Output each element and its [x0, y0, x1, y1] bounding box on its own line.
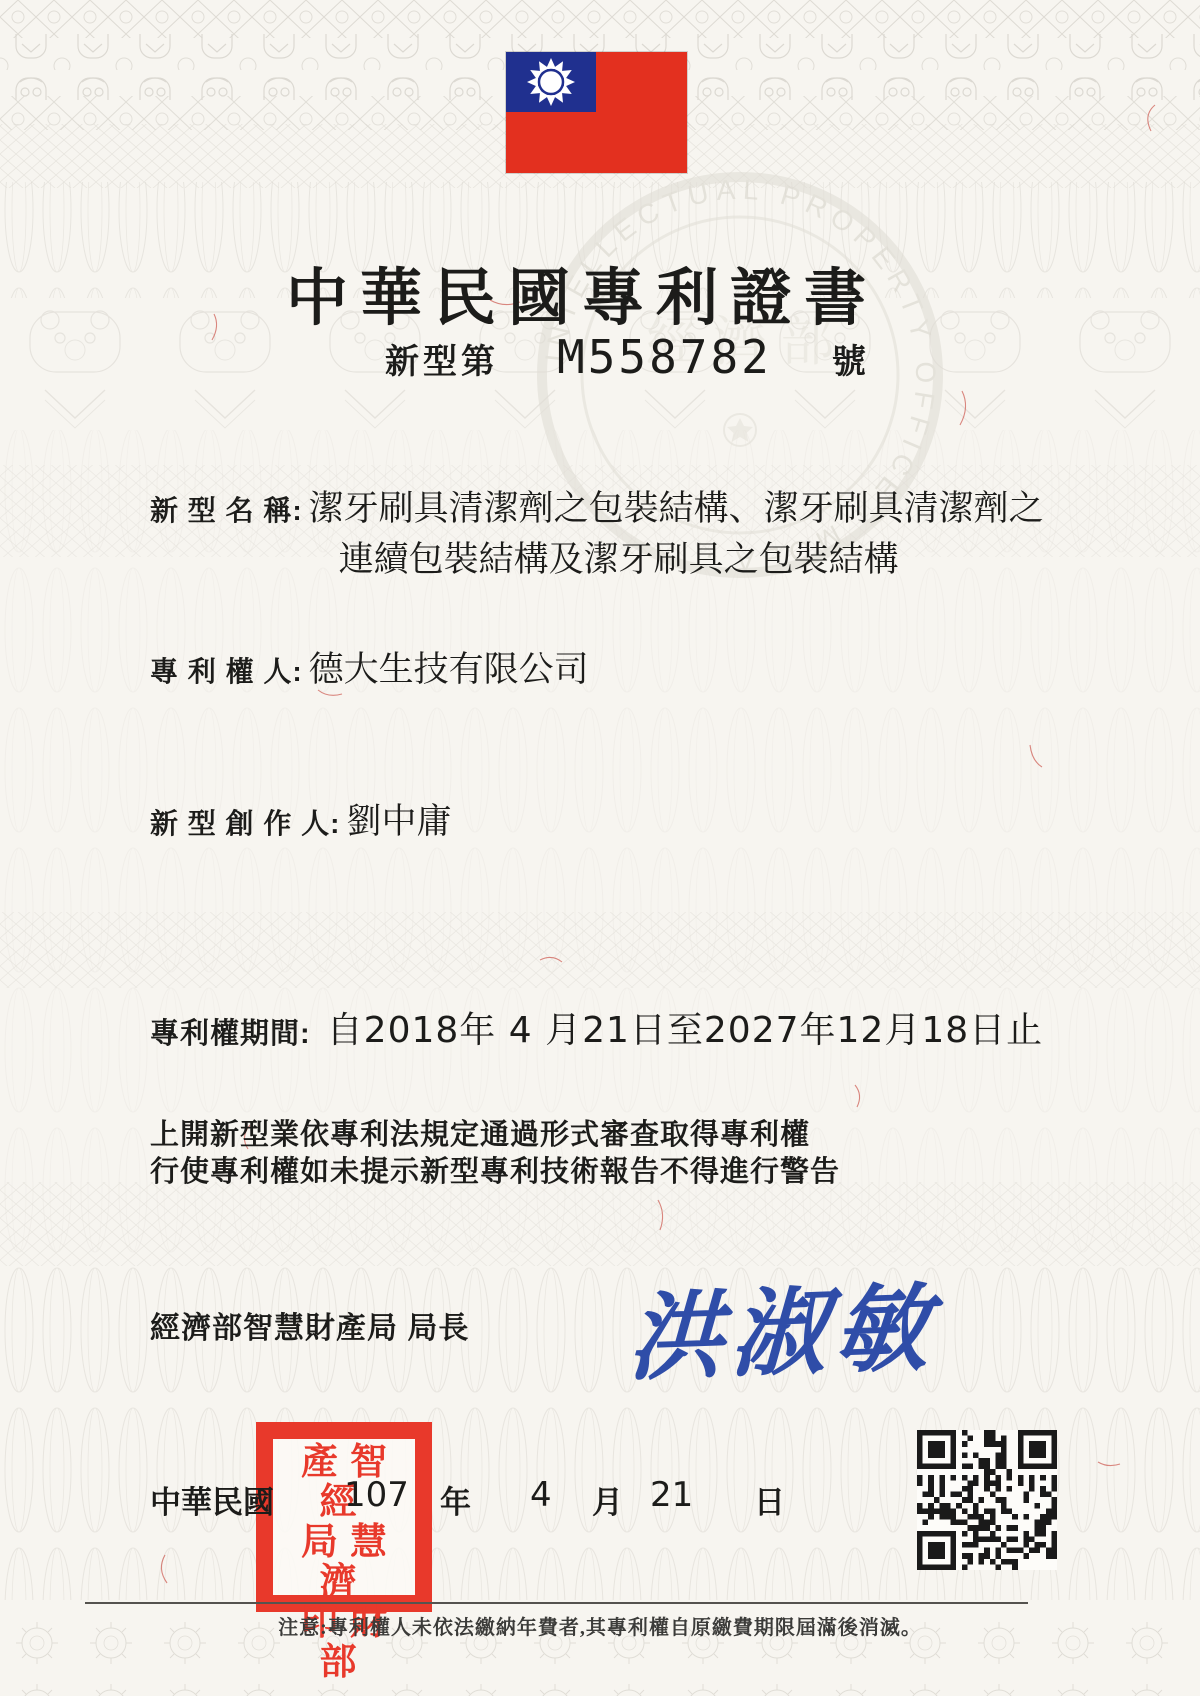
roc-flag	[506, 52, 687, 173]
name-value-line2: 連續包裝結構及潔牙刷具之包裝結構	[339, 534, 1044, 585]
patent-type-prefix: 新型第	[385, 334, 499, 383]
field-patent-term: 專利權期間: 自2018年 4 月21日至2027年12月18日止	[150, 1005, 1043, 1056]
date-year-unit: 年	[440, 1477, 471, 1522]
creator-label: 新 型 創 作 人:	[150, 796, 340, 842]
patentee-value: 德大生技有限公司	[309, 644, 589, 695]
footer-note: 注意:專利權人未依法繳納年費者,其專利權自原繳費期限屆滿後消滅。	[0, 1611, 1200, 1640]
certificate-title: 中華民國專利證書	[0, 248, 1164, 337]
legal-statement: 上開新型業依專利法規定通過形式審查取得專利權 行使專利權如未提示新型專利技術報告…	[150, 1117, 840, 1191]
field-utility-model-name: 新 型 名 稱: 潔牙刷具清潔劑之包裝結構、潔牙刷具清潔劑之 連續包裝結構及潔牙…	[150, 483, 1044, 585]
patent-number-row: 新型第 M558782 號	[385, 330, 870, 384]
name-value-line1: 潔牙刷具清潔劑之包裝結構、潔牙刷具清潔劑之	[309, 483, 1044, 534]
creator-value: 劉中庸	[346, 796, 451, 847]
legal-statement-line2: 行使專利權如未提示新型專利技術報告不得進行警告	[150, 1154, 840, 1191]
patent-certificate-page: INTELLECTUAL PROPERTY OFFICE · MOEA · 經 …	[0, 0, 1200, 1696]
date-year: 107	[344, 1475, 409, 1515]
patent-number-suffix: 號	[832, 334, 870, 383]
patent-term-label: 專利權期間:	[150, 1005, 311, 1052]
field-patentee: 專 利 權 人: 德大生技有限公司	[150, 644, 589, 695]
director-general-signature: 洪淑敏	[626, 1252, 940, 1399]
date-era: 中華民國	[150, 1477, 274, 1522]
name-label: 新 型 名 稱:	[150, 483, 303, 529]
patent-number: M558782	[557, 330, 772, 384]
date-month-unit: 月	[592, 1477, 623, 1522]
footer-divider	[85, 1602, 1028, 1604]
issuer-title: 經濟部智慧財產局 局長	[150, 1303, 469, 1347]
issue-date-row: 中華民國 107 年 4 月 21 日	[0, 1477, 1200, 1521]
field-creator: 新 型 創 作 人: 劉中庸	[150, 796, 451, 847]
name-value: 潔牙刷具清潔劑之包裝結構、潔牙刷具清潔劑之 連續包裝結構及潔牙刷具之包裝結構	[309, 483, 1044, 585]
patentee-label: 專 利 權 人:	[150, 644, 303, 690]
date-day: 21	[650, 1475, 693, 1515]
patent-term-value: 自2018年 4 月21日至2027年12月18日止	[327, 1005, 1043, 1056]
date-month: 4	[530, 1475, 552, 1515]
date-day-unit: 日	[754, 1477, 785, 1522]
legal-statement-line1: 上開新型業依專利法規定通過形式審查取得專利權	[150, 1117, 840, 1154]
seal-row-2: 局慧濟	[273, 1523, 415, 1603]
